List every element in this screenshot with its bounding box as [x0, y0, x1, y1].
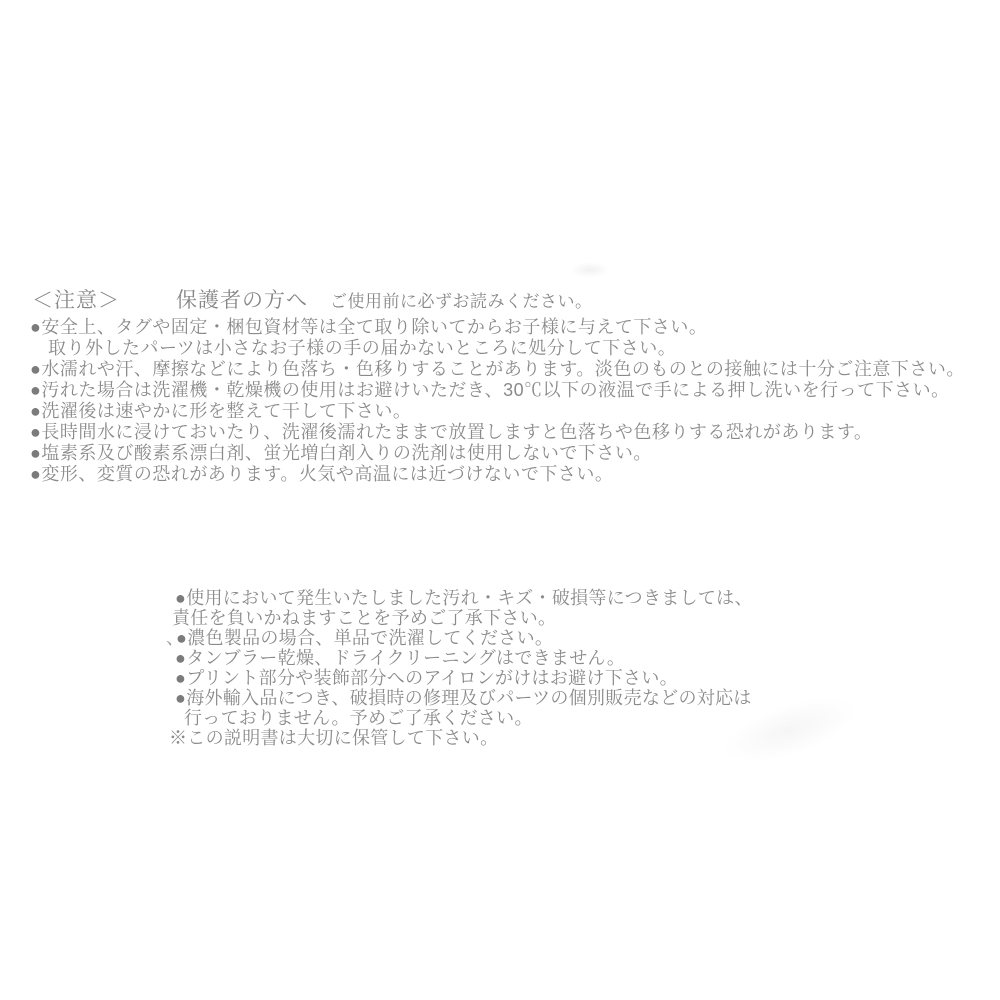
paper-smudge: [570, 262, 610, 278]
disclaimer-note-line: ※この説明書は大切に保管して下さい。: [166, 728, 753, 748]
bullet-marker: ●: [176, 628, 187, 648]
safety-note-text: 長時間水に浸けておいたり、洗濯後濡れたままで放置しますと色落ちや色移りする恐れが…: [41, 422, 872, 442]
safety-note-line: 取り外したパーツは小さなお子様の手の届かないところに処分して下さい。: [30, 338, 965, 359]
disclaimer-note-line: ●海外輸入品につき、破損時の修理及びパーツの個別販売などの対応は: [166, 688, 753, 708]
safety-notes-list: ●安全上、タグや固定・梱包資材等は全て取り除いてからお子様に与えて下さい。 取り…: [30, 317, 965, 485]
safety-note-text: 汚れた場合は洗濯機・乾燥機の使用はお避けいただき、30℃以下の液温で手による押し…: [41, 380, 949, 400]
disclaimer-note-text: ※この説明書は大切に保管して下さい。: [169, 728, 498, 748]
safety-note-text: 取り外したパーツは小さなお子様の手の届かないところに処分して下さい。: [48, 338, 676, 358]
safety-note-line: ●洗濯後は速やかに形を整えて干して下さい。: [30, 401, 965, 422]
disclaimer-note-text: 海外輸入品につき、破損時の修理及びパーツの個別販売などの対応は: [186, 688, 752, 708]
safety-note-text: 洗濯後は速やかに形を整えて干して下さい。: [41, 401, 411, 421]
bullet-marker: ●: [30, 359, 41, 379]
bullet-marker: ●: [175, 668, 186, 688]
safety-note-line: ●塩素系及び酸素系漂白剤、蛍光増白剤入りの洗剤は使用しないで下さい。: [30, 443, 965, 464]
bullet-marker: ●: [175, 688, 186, 708]
bullet-marker: ●: [30, 443, 41, 463]
safety-note-line: ●汚れた場合は洗濯機・乾燥機の使用はお避けいただき、30℃以下の液温で手による押…: [30, 380, 965, 401]
bullet-marker: ●: [175, 648, 186, 668]
disclaimer-note-line: ●使用において発生いたしました汚れ・キズ・破損等につきましては、: [166, 588, 753, 608]
bullet-marker: ●: [30, 401, 41, 421]
notice-header: ＜注意＞保護者の方へご使用前に必ずお読みください。: [32, 284, 593, 314]
safety-note-line: ●変形、変質の恐れがあります。火気や高温には近づけないで下さい。: [30, 464, 965, 485]
disclaimer-note-line: 責任を負いかねますことを予めご了承下さい。: [166, 608, 753, 628]
bullet-marker: ●: [30, 464, 41, 484]
disclaimer-note-line: 、●濃色製品の場合、単品で洗濯してください。: [166, 628, 753, 648]
disclaimer-note-text: 責任を負いかねますことを予めご了承下さい。: [172, 608, 556, 628]
bullet-marker: ●: [30, 317, 41, 337]
safety-note-line: ●安全上、タグや固定・梱包資材等は全て取り除いてからお子様に与えて下さい。: [30, 317, 965, 338]
notice-audience-label: 保護者の方へ: [176, 289, 308, 312]
disclaimer-note-text: 濃色製品の場合、単品で洗濯してください。: [187, 628, 553, 648]
safety-note-text: 水濡れや汗、摩擦などにより色落ち・色移りすることがあります。淡色のものとの接触に…: [41, 359, 965, 379]
disclaimer-note-text: 行っておりません。予めご了承ください。: [184, 708, 533, 728]
disclaimer-note-text: タンブラー乾燥、ドライクリーニングはできません。: [186, 648, 625, 668]
safety-note-text: 安全上、タグや固定・梱包資材等は全て取り除いてからお子様に与えて下さい。: [41, 317, 707, 337]
safety-note-line: ●長時間水に浸けておいたり、洗濯後濡れたままで放置しますと色落ちや色移りする恐れ…: [30, 422, 965, 443]
disclaimer-note-line: 行っておりません。予めご了承ください。: [166, 708, 753, 728]
bullet-marker: ●: [175, 588, 186, 608]
disclaimer-note-line: ●プリント部分や装飾部分へのアイロンがけはお避け下さい。: [166, 668, 753, 688]
notice-read-before-use: ご使用前に必ずお読みください。: [330, 292, 593, 311]
safety-note-text: 塩素系及び酸素系漂白剤、蛍光増白剤入りの洗剤は使用しないで下さい。: [41, 443, 652, 463]
bullet-marker: ●: [30, 380, 41, 400]
disclaimer-note-text: プリント部分や装飾部分へのアイロンがけはお避け下さい。: [186, 668, 678, 688]
stray-comma-mark: 、: [166, 628, 176, 648]
notice-warning-label: ＜注意＞: [32, 289, 120, 312]
safety-note-line: ●水濡れや汗、摩擦などにより色落ち・色移りすることがあります。淡色のものとの接触…: [30, 359, 965, 380]
disclaimer-note-line: ●タンブラー乾燥、ドライクリーニングはできません。: [166, 648, 753, 668]
disclaimer-notes-list: ●使用において発生いたしました汚れ・キズ・破損等につきましては、 責任を負いかね…: [166, 588, 753, 748]
disclaimer-note-text: 使用において発生いたしました汚れ・キズ・破損等につきましては、: [186, 588, 753, 608]
bullet-marker: ●: [30, 422, 41, 442]
safety-note-text: 変形、変質の恐れがあります。火気や高温には近づけないで下さい。: [41, 464, 613, 484]
care-instruction-sheet: ＜注意＞保護者の方へご使用前に必ずお読みください。 ●安全上、タグや固定・梱包資…: [0, 0, 1000, 1000]
